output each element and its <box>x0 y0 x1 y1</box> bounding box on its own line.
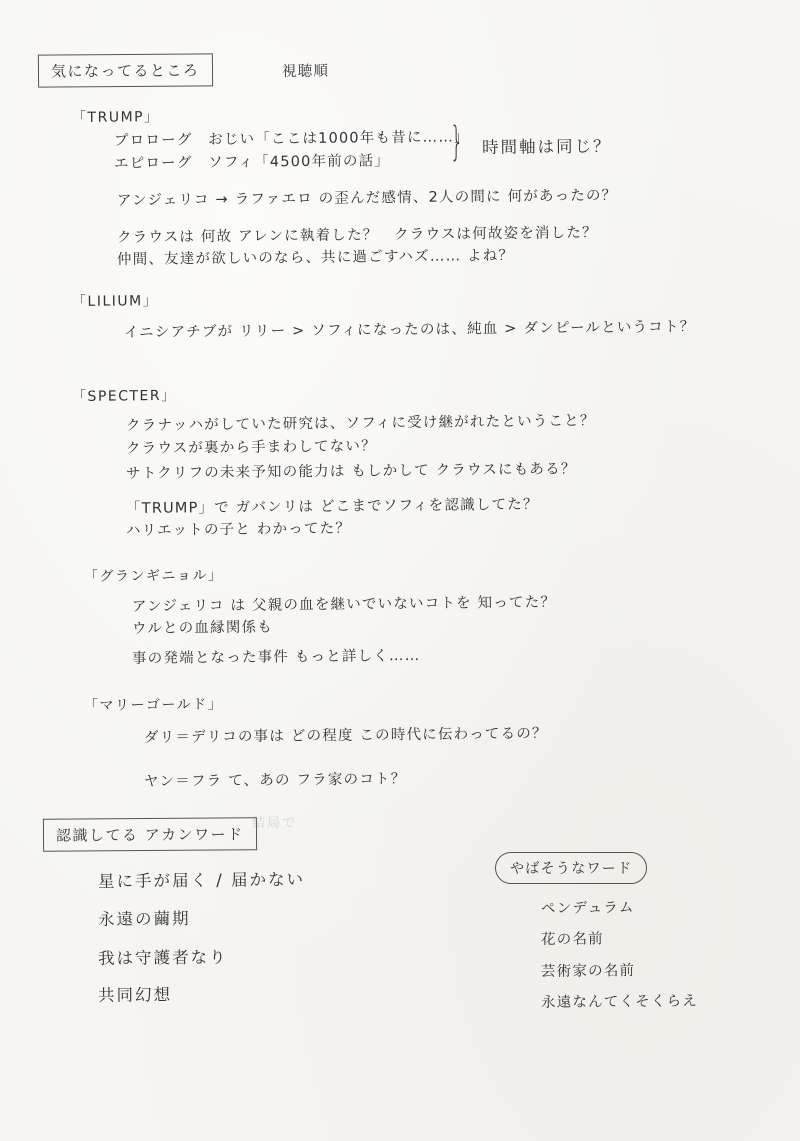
known-word-2: 永遠の繭期 <box>98 905 191 930</box>
trump-epilogue-line: エピローグ ソフィ「4500年前の話」 <box>114 149 390 173</box>
dangerous-word-4: 永遠なんてくそくらえ <box>541 989 698 1012</box>
section-title-trump: 「TRUMP」 <box>72 106 160 127</box>
grand-guignol-line-3: 事の発端となった事件 もっと詳しく…… <box>132 644 421 668</box>
trump-brace-note: 時間軸は同じ？ <box>482 133 612 158</box>
section-title-grand-guignol: 「グランギニョル」 <box>84 565 224 586</box>
trump-question-1: アンジェリコ → ラファエロ の歪んだ感情、2人の間に 何があったの？ <box>117 184 618 210</box>
header-subtitle: 視聴順 <box>282 60 329 81</box>
section-title-marigold: 「マリーゴールド」 <box>84 694 223 715</box>
known-word-1: 星に手が届く / 届かない <box>98 866 305 892</box>
curly-brace-icon: } <box>450 122 464 162</box>
known-word-3: 我は守護者なり <box>98 944 228 969</box>
section-title-specter: 「SPECTER」 <box>72 385 177 406</box>
dangerous-word-3: 芸術家の名前 <box>541 959 635 981</box>
specter-line-5: ハリエットの子と わかってた？ <box>126 517 351 540</box>
specter-line-4: 「TRUMP」で ガバンリは どこまでソフィを認識してた？ <box>126 493 539 518</box>
dangerous-words-oval-title: やばそうなワード <box>495 852 647 884</box>
known-words-boxed-title: 認識してる アカンワード <box>43 817 257 851</box>
header-boxed-title: 気になってるところ <box>38 53 213 87</box>
marigold-line-1: ダリ＝デリコの事は どの程度 この時代に伝わってるの？ <box>144 722 548 747</box>
trump-prologue-line: プロローグ おじい「ここは1000年も昔に……」 <box>114 125 470 150</box>
header-title-text: 気になってるところ <box>51 61 200 80</box>
handwritten-note-page: 気になってるところ 視聴順 「TRUMP」 プロローグ おじい「ここは1000年… <box>0 0 800 1141</box>
faint-bleedthrough-text: 結局で <box>252 812 297 831</box>
known-word-4: 共同幻想 <box>98 981 172 1006</box>
dangerous-word-2: 花の名前 <box>541 927 604 949</box>
specter-line-3: サトクリフの未来予知の能力は もしかして クラウスにもある？ <box>126 457 577 483</box>
trump-question-3: 仲間、友達が欲しいのなら、共に過ごすハズ…… よね？ <box>117 244 514 269</box>
grand-guignol-line-2: ウルとの血縁関係も <box>132 616 273 638</box>
lilium-line-1: イニシアチブが リリー > ソフィになったのは、純血 > ダンピールというコト？ <box>124 315 696 342</box>
dangerous-word-1: ペンデュラム <box>541 896 635 918</box>
dangerous-words-title-text: やばそうなワード <box>510 861 632 877</box>
grand-guignol-line-1: アンジェリコ は 父親の血を継いでいないコトを 知ってた？ <box>132 591 556 616</box>
specter-line-2: クラウスが裏から手まわしてない？ <box>126 434 377 458</box>
marigold-line-2: ヤン＝フラ て、あの フラ家のコト？ <box>144 767 407 791</box>
specter-line-1: クラナッハがしていた研究は、ソフィに受け継がれたということ？ <box>126 409 596 435</box>
section-title-lilium: 「LILIUM」 <box>72 290 158 311</box>
trump-question-2: クラウスは 何故 アレンに執着した？ クラウスは何故姿を消した？ <box>117 221 598 247</box>
known-words-title-text: 認識してる アカンワード <box>56 825 244 844</box>
